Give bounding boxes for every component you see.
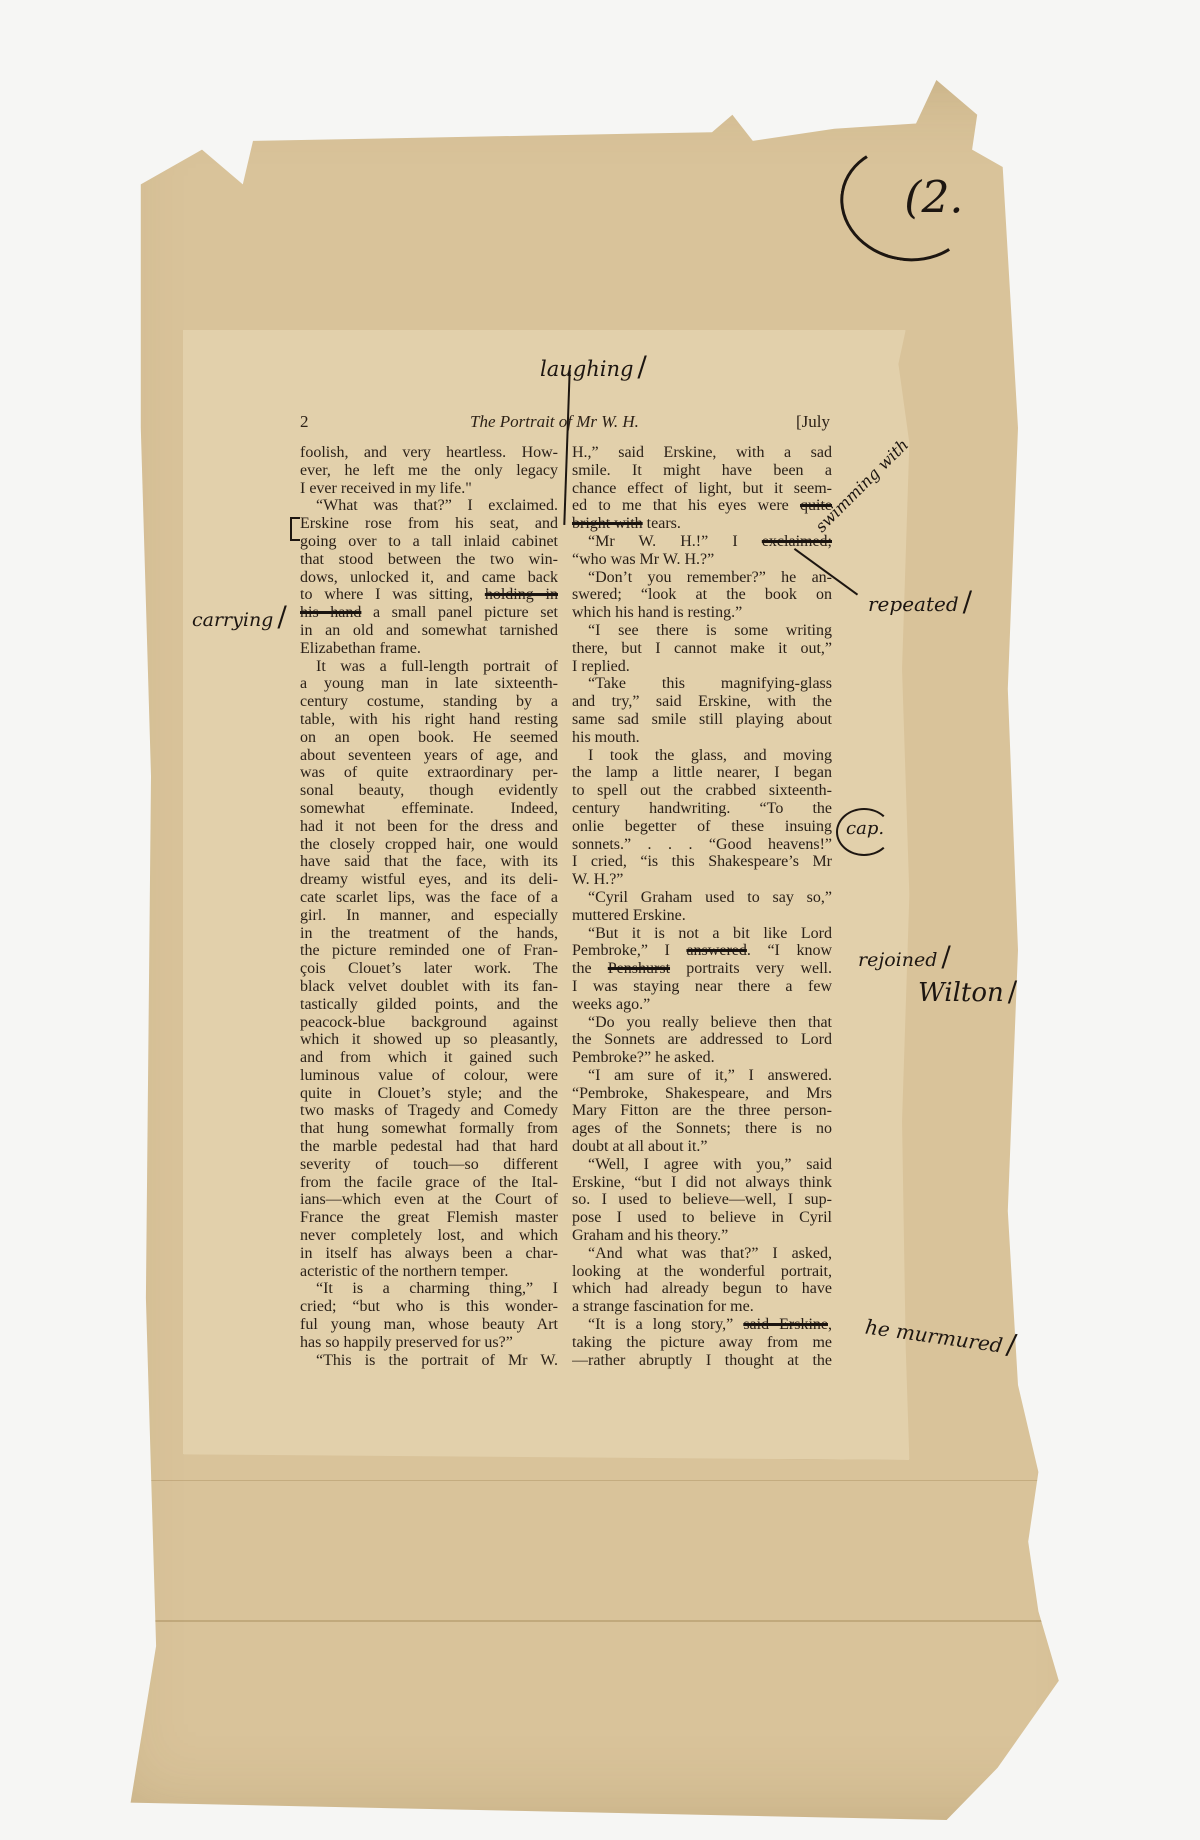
line-text: a small panel picture set (361, 604, 558, 621)
line-text: quite in Clouet’s style; and the (300, 1085, 558, 1102)
line-text: “who was Mr W. H.?” (572, 551, 714, 568)
line-text: swered; “look at the book on (572, 586, 832, 603)
text-line: a strange fascination for me. (572, 1298, 832, 1316)
text-line: ians—which even at the Court of (300, 1191, 558, 1209)
text-line: H.,” said Erskine, with a sad (572, 444, 832, 462)
text-line: ages of the Sonnets; there is no (572, 1120, 832, 1138)
text-line: swered; “look at the book on (572, 586, 832, 604)
text-line: black velvet doublet with its fan- (300, 978, 558, 996)
text-line: I cried, “is this Shakespeare’s Mr (572, 853, 832, 871)
text-line: foolish, and very heartless. How- (300, 444, 558, 462)
line-text: that stood between the two win- (300, 551, 558, 568)
left-text-column: foolish, and very heartless. How-ever, h… (300, 444, 558, 1369)
line-text: France the great Flemish master (300, 1209, 558, 1226)
text-line: taking the picture away from me (572, 1334, 832, 1352)
line-text: I replied. (572, 658, 630, 675)
line-text: two masks of Tragedy and Comedy (300, 1102, 558, 1119)
line-text: Pembroke,” I (572, 942, 686, 959)
text-line: century handwriting. “To the (572, 800, 832, 818)
line-text-tail: . “I know (747, 942, 832, 959)
line-text: a strange fascination for me. (572, 1298, 754, 1315)
text-line: cate scarlet lips, was the face of a (300, 889, 558, 907)
line-text: there, but I cannot make it out,” (572, 640, 832, 657)
text-line: Erskine, “but I did not always think (572, 1174, 832, 1192)
text-line: which it showed up so pleasantly, (300, 1031, 558, 1049)
text-line: about seventeen years of age, and (300, 747, 558, 765)
line-text: from the facile grace of the Ital- (300, 1174, 558, 1191)
text-line: the Sonnets are addressed to Lord (572, 1031, 832, 1049)
line-text: muttered Erskine. (572, 907, 686, 924)
line-text: looking at the wonderful portrait, (572, 1263, 832, 1280)
line-text: I was staying near there a few (572, 978, 832, 995)
text-line: weeks ago.” (572, 996, 832, 1014)
text-line: table, with his right hand resting (300, 711, 558, 729)
text-line: “Do you really believe then that (572, 1014, 832, 1032)
text-line: muttered Erskine. (572, 907, 832, 925)
line-text: Graham and his theory.” (572, 1227, 728, 1244)
text-line: smile. It might have been a (572, 462, 832, 480)
text-line: “It is a long story,” said Erskine, (572, 1316, 832, 1334)
text-line: doubt at all about it.” (572, 1138, 832, 1156)
line-text: chance effect of light, but it seem- (572, 480, 832, 497)
text-line: “Mr W. H.!” I exclaimed; (572, 533, 832, 551)
text-line: pose I used to believe in Cyril (572, 1209, 832, 1227)
annotation-cap: cap. (846, 818, 884, 839)
line-text: taking the picture away from me (572, 1334, 832, 1351)
struck-text: Penshurst (608, 960, 670, 977)
text-line: I was staying near there a few (572, 978, 832, 996)
line-text: ians—which even at the Court of (300, 1191, 558, 1208)
line-text: Erskine, “but I did not always think (572, 1174, 832, 1191)
line-text: H.,” said Erskine, with a sad (572, 444, 832, 461)
text-line: I replied. (572, 658, 832, 676)
line-text: severity of touch—so different (300, 1156, 558, 1173)
line-text-tail: portraits very well. (670, 960, 832, 977)
line-text: ages of the Sonnets; there is no (572, 1120, 832, 1137)
line-text: century costume, standing by a (300, 693, 558, 710)
text-line: cried; “but who is this wonder- (300, 1298, 558, 1316)
line-text: doubt at all about it.” (572, 1138, 708, 1155)
annotation-repeated: repeated (868, 585, 972, 618)
line-text: in itself has always been a char- (300, 1245, 558, 1262)
line-text: “I see there is some writing (588, 622, 832, 639)
text-line: there, but I cannot make it out,” (572, 640, 832, 658)
struck-text: holding in (485, 586, 558, 603)
line-text: “Well, I agree with you,” said (588, 1156, 832, 1173)
line-text: luminous value of colour, were (300, 1067, 558, 1084)
line-text: “Pembroke, Shakespeare, and Mrs (572, 1085, 832, 1102)
line-text: the Sonnets are addressed to Lord (572, 1031, 832, 1048)
line-text: Pembroke?” he asked. (572, 1049, 715, 1066)
line-text: in an old and somewhat tarnished (300, 622, 558, 639)
line-text: black velvet doublet with its fan- (300, 978, 558, 995)
annotation-carrying: carrying (192, 600, 287, 633)
line-text: “Don’t you remember?” he an- (588, 569, 832, 586)
line-text: the closely cropped hair, one would (300, 836, 558, 853)
line-text: I took the glass, and moving (588, 747, 832, 764)
line-text: that hung somewhat formally from (300, 1120, 558, 1137)
line-text: “This is the portrait of Mr W. (316, 1352, 558, 1369)
line-text: his mouth. (572, 729, 640, 746)
annotation-wilton: Wilton (918, 975, 1017, 1008)
line-text: to spell out the crabbed sixteenth- (572, 782, 832, 799)
line-text: tears. (643, 515, 681, 532)
text-line: It was a full-length portrait of (300, 658, 558, 676)
line-text: was of quite extraordinary per- (300, 764, 558, 781)
text-line: so. I used to believe—well, I sup- (572, 1191, 832, 1209)
text-line: the closely cropped hair, one would (300, 836, 558, 854)
paragraph-bracket-mark (290, 517, 300, 541)
line-text: and from which it gained such (300, 1049, 558, 1066)
line-text: which had already begun to have (572, 1280, 832, 1297)
text-line: in itself has always been a char- (300, 1245, 558, 1263)
line-text: and try,” said Erskine, with the (572, 693, 832, 710)
text-line: quite in Clouet’s style; and the (300, 1085, 558, 1103)
line-text: “Mr W. H.!” I (588, 533, 762, 550)
line-text: the (572, 960, 608, 977)
text-line: “But it is not a bit like Lord (572, 925, 832, 943)
text-line: “What was that?” I exclaimed. (300, 497, 558, 515)
line-text: acteristic of the northern temper. (300, 1263, 508, 1280)
line-text: “Do you really believe then that (588, 1014, 832, 1031)
text-line: a young man in late sixteenth- (300, 675, 558, 693)
page-label: (2. (904, 172, 963, 223)
running-head: 2 The Portrait of Mr W. H. [July (300, 412, 830, 434)
line-text: tastically gilded points, and the (300, 996, 558, 1013)
text-line: from the facile grace of the Ital- (300, 1174, 558, 1192)
text-line: which had already begun to have (572, 1280, 832, 1298)
struck-text: his hand (300, 604, 361, 621)
line-text: going over to a tall inlaid cabinet (300, 533, 558, 550)
line-text: sonal beauty, though evidently (300, 782, 558, 799)
text-line: had it not been for the dress and (300, 818, 558, 836)
line-text: ful young man, whose beauty Art (300, 1316, 558, 1333)
text-line: in the treatment of the hands, (300, 925, 558, 943)
text-line: Erskine rose from his seat, and (300, 515, 558, 533)
text-line: “Pembroke, Shakespeare, and Mrs (572, 1085, 832, 1103)
line-text: “Take this magnifying-glass (588, 675, 832, 692)
text-line: was of quite extraordinary per- (300, 764, 558, 782)
text-line: Pembroke?” he asked. (572, 1049, 832, 1067)
text-line: ful young man, whose beauty Art (300, 1316, 558, 1334)
text-line: bright with tears. (572, 515, 832, 533)
line-text: foolish, and very heartless. How- (300, 444, 558, 461)
annotation-laughing: laughing (540, 350, 647, 383)
line-text: W. H.?” (572, 871, 623, 888)
right-text-column: H.,” said Erskine, with a sadsmile. It m… (572, 444, 832, 1369)
text-line: the marble pedestal had that hard (300, 1138, 558, 1156)
text-line: have said that the face, with its (300, 853, 558, 871)
line-text: which it showed up so pleasantly, (300, 1031, 558, 1048)
text-line: “I see there is some writing (572, 622, 832, 640)
text-line: luminous value of colour, were (300, 1067, 558, 1085)
line-text: I cried, “is this Shakespeare’s Mr (572, 853, 832, 870)
text-line: and from which it gained such (300, 1049, 558, 1067)
text-line: severity of touch—so different (300, 1156, 558, 1174)
line-text: I ever received in my life." (300, 480, 472, 497)
line-text: girl. In manner, and especially (300, 907, 558, 924)
line-text: the marble pedestal had that hard (300, 1138, 558, 1155)
text-line: to spell out the crabbed sixteenth- (572, 782, 832, 800)
text-line: same sad smile still playing about (572, 711, 832, 729)
text-line: that stood between the two win- (300, 551, 558, 569)
text-line: “Cyril Graham used to say so,” (572, 889, 832, 907)
text-line: his hand a small panel picture set (300, 604, 558, 622)
text-line: ed to me that his eyes were quite (572, 497, 832, 515)
text-line: on an open book. He seemed (300, 729, 558, 747)
line-text: cried; “but who is this wonder- (300, 1298, 558, 1315)
line-text: has so happily preserved for us?” (300, 1334, 513, 1351)
line-text: the picture reminded one of Fran- (300, 942, 558, 959)
text-line: the picture reminded one of Fran- (300, 942, 558, 960)
text-line: acteristic of the northern temper. (300, 1263, 558, 1281)
text-line: onlie begetter of these insuing (572, 818, 832, 836)
text-line: to where I was sitting, holding in (300, 586, 558, 604)
line-text: “Cyril Graham used to say so,” (588, 889, 832, 906)
line-text: to where I was sitting, (300, 586, 485, 603)
line-text: “I am sure of it,” I answered. (588, 1067, 832, 1084)
text-line: —rather abruptly I thought at the (572, 1352, 832, 1370)
text-line: Pembroke,” I answered. “I know (572, 942, 832, 960)
line-text: cate scarlet lips, was the face of a (300, 889, 558, 906)
line-text: weeks ago.” (572, 996, 650, 1013)
struck-text: bright with (572, 515, 643, 532)
text-line: “And what was that?” I asked, (572, 1245, 832, 1263)
text-line: Mary Fitton are the three person- (572, 1102, 832, 1120)
line-text: the lamp a little nearer, I began (572, 764, 832, 781)
line-text: —rather abruptly I thought at the (572, 1352, 832, 1369)
struck-text: exclaimed; (762, 533, 832, 550)
text-line: which his hand is resting.” (572, 604, 832, 622)
text-line: “This is the portrait of Mr W. (300, 1352, 558, 1370)
struck-text: said Erskine (743, 1316, 828, 1333)
page-number: 2 (300, 412, 309, 432)
line-text: dreamy wistful eyes, and its deli- (300, 871, 558, 888)
line-text: have said that the face, with its (300, 853, 558, 870)
text-line: century costume, standing by a (300, 693, 558, 711)
text-line: France the great Flemish master (300, 1209, 558, 1227)
issue-month: [July (796, 412, 830, 432)
line-text: Mary Fitton are the three person- (572, 1102, 832, 1119)
line-text: century handwriting. “To the (572, 800, 832, 817)
text-line: W. H.?” (572, 871, 832, 889)
line-text: Elizabethan frame. (300, 640, 421, 657)
annotation-cap-circle: cap. (836, 808, 892, 856)
line-text: “What was that?” I exclaimed. (316, 497, 558, 514)
text-line: tastically gilded points, and the (300, 996, 558, 1014)
text-line: Elizabethan frame. (300, 640, 558, 658)
text-line: “I am sure of it,” I answered. (572, 1067, 832, 1085)
text-line: and try,” said Erskine, with the (572, 693, 832, 711)
text-line: sonnets.” . . . “Good heavens!” (572, 836, 832, 854)
text-line: in an old and somewhat tarnished (300, 622, 558, 640)
line-text: so. I used to believe—well, I sup- (572, 1191, 832, 1208)
text-line: has so happily preserved for us?” (300, 1334, 558, 1352)
text-line: chance effect of light, but it seem- (572, 480, 832, 498)
text-line: never completely lost, and which (300, 1227, 558, 1245)
text-line: the Penshurst portraits very well. (572, 960, 832, 978)
line-text: “It is a long story,” (588, 1316, 743, 1333)
text-line: Graham and his theory.” (572, 1227, 832, 1245)
line-text: had it not been for the dress and (300, 818, 558, 835)
struck-text: answered (686, 942, 746, 959)
text-line: “Well, I agree with you,” said (572, 1156, 832, 1174)
line-text: dows, unlocked it, and came back (300, 569, 558, 586)
line-text: on an open book. He seemed (300, 729, 558, 746)
text-line: I ever received in my life." (300, 480, 558, 498)
text-line: sonal beauty, though evidently (300, 782, 558, 800)
line-text: same sad smile still playing about (572, 711, 832, 728)
line-text: sonnets.” . . . “Good heavens!” (572, 836, 832, 853)
line-text: çois Clouet’s later work. The (300, 960, 558, 977)
text-line: “who was Mr W. H.?” (572, 551, 832, 569)
text-line: “Don’t you remember?” he an- (572, 569, 832, 587)
line-text: “But it is not a bit like Lord (588, 925, 832, 942)
text-line: that hung somewhat formally from (300, 1120, 558, 1138)
line-text: onlie begetter of these insuing (572, 818, 832, 835)
line-text: ed to me that his eyes were (572, 497, 800, 514)
line-text: table, with his right hand resting (300, 711, 558, 728)
line-text: somewhat effeminate. Indeed, (300, 800, 558, 817)
line-text: ever, he left me the only legacy (300, 462, 558, 479)
line-text: “It is a charming thing,” I (316, 1280, 558, 1297)
text-line: I took the glass, and moving (572, 747, 832, 765)
line-text: which his hand is resting.” (572, 604, 742, 621)
text-line: “It is a charming thing,” I (300, 1280, 558, 1298)
text-line: çois Clouet’s later work. The (300, 960, 558, 978)
text-line: somewhat effeminate. Indeed, (300, 800, 558, 818)
text-line: dreamy wistful eyes, and its deli- (300, 871, 558, 889)
line-text: It was a full-length portrait of (316, 658, 558, 675)
line-text-tail: , (828, 1316, 832, 1333)
annotation-rejoined: rejoined (858, 940, 951, 973)
line-text: never completely lost, and which (300, 1227, 558, 1244)
text-line: looking at the wonderful portrait, (572, 1263, 832, 1281)
line-text: peacock-blue background against (300, 1014, 558, 1031)
text-line: dows, unlocked it, and came back (300, 569, 558, 587)
line-text: Erskine rose from his seat, and (300, 515, 558, 532)
text-line: his mouth. (572, 729, 832, 747)
line-text: “And what was that?” I asked, (588, 1245, 832, 1262)
text-line: peacock-blue background against (300, 1014, 558, 1032)
line-text: smile. It might have been a (572, 462, 832, 479)
text-line: “Take this magnifying-glass (572, 675, 832, 693)
text-line: the lamp a little nearer, I began (572, 764, 832, 782)
text-line: two masks of Tragedy and Comedy (300, 1102, 558, 1120)
line-text: a young man in late sixteenth- (300, 675, 558, 692)
line-text: pose I used to believe in Cyril (572, 1209, 832, 1226)
line-text: in the treatment of the hands, (300, 925, 558, 942)
text-line: girl. In manner, and especially (300, 907, 558, 925)
text-line: going over to a tall inlaid cabinet (300, 533, 558, 551)
line-text: about seventeen years of age, and (300, 747, 558, 764)
text-line: ever, he left me the only legacy (300, 462, 558, 480)
running-title: The Portrait of Mr W. H. (470, 412, 639, 432)
